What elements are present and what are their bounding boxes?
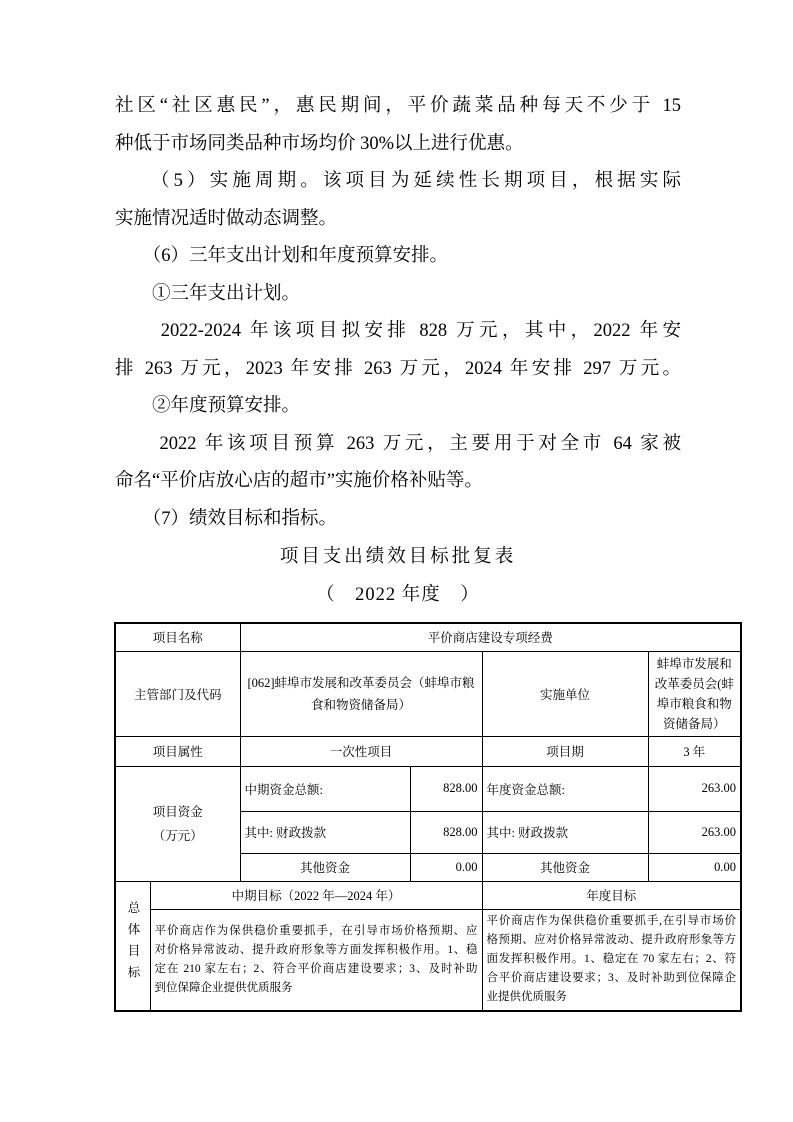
table-row: 平价商店作为保供稳价重要抓手，在引导市场价格预期、应对价格异常波动、提升政府形象… bbox=[115, 909, 741, 1011]
mid-total-label: 中期资金总额: bbox=[240, 766, 410, 811]
goal-line: 面发挥积极作用。1、稳定在 70 家左右；2、符 bbox=[487, 950, 737, 969]
table-row: 总体目标 中期目标（2022 年—2024 年） 年度目标 bbox=[115, 881, 741, 909]
mid-fiscal-value: 828.00 bbox=[410, 811, 482, 853]
body-line: （6）三年支出计划和年度预算安排。 bbox=[115, 238, 681, 276]
body-line: ①三年支出计划。 bbox=[115, 276, 681, 314]
goal-line: 到位保障企业提供优质服务 bbox=[155, 979, 478, 998]
table-row: 主管部门及代码 [062]蚌埠市发展和改革委员会（蚌埠市粮 食和物资储备局） 实… bbox=[115, 651, 741, 736]
annual-other-label: 其他资金 bbox=[482, 853, 648, 881]
body-line: 种低于市场同类品种市场均价 30%以上进行优惠。 bbox=[115, 126, 681, 164]
goal-line: 合平价商店建设要求；3、及时补助到位保障企 bbox=[487, 969, 737, 988]
goal-line: 格预期、应对价格异常波动、提升政府形象等方 bbox=[487, 931, 737, 950]
goal-line: 对价格异常波动、提升政府形象等方面发挥积极作用。1、稳 bbox=[155, 941, 478, 960]
body-line: 社区“社区惠民”，惠民期间，平价蔬菜品种每天不少于 15 bbox=[115, 88, 681, 126]
table-subtitle: （ 2022 年度 ） bbox=[115, 576, 681, 614]
body-line: 2022 年该项目预算 263 万元，主要用于对全市 64 家被 bbox=[115, 426, 681, 464]
annual-total-value: 263.00 bbox=[648, 766, 741, 811]
period-label: 项目期 bbox=[482, 736, 648, 766]
body-line: 排 263 万元，2023 年安排 263 万元，2024 年安排 297 万元… bbox=[115, 351, 681, 389]
goal-line: 业提供优质服务 bbox=[487, 988, 737, 1007]
body-line: （7）绩效目标和指标。 bbox=[115, 501, 681, 539]
body-line: 2022-2024 年该项目拟安排 828 万元，其中，2022 年安 bbox=[115, 313, 681, 351]
table-row: 项目资金 （万元） 中期资金总额: 828.00 年度资金总额: 263.00 bbox=[115, 766, 741, 811]
period-value: 3 年 bbox=[648, 736, 741, 766]
body-line: ②年度预算安排。 bbox=[115, 388, 681, 426]
annual-other-value: 0.00 bbox=[648, 853, 741, 881]
fund-label: 项目资金 （万元） bbox=[115, 766, 240, 881]
performance-target-table: 项目名称 平价商店建设专项经费 主管部门及代码 [062]蚌埠市发展和改革委员会… bbox=[114, 622, 742, 1012]
goal-line: 平价商店作为保供稳价重要抓手，在引导市场价格预期、应 bbox=[155, 922, 478, 941]
mid-goal-header: 中期目标（2022 年—2024 年） bbox=[150, 881, 482, 909]
attr-label: 项目属性 bbox=[115, 736, 240, 766]
overall-goal-label: 总体目标 bbox=[127, 901, 140, 987]
goal-line: 平价商店作为保供稳价重要抓手,在引导市场价 bbox=[487, 912, 737, 931]
annual-goal-text: 平价商店作为保供稳价重要抓手,在引导市场价格预期、应对价格异常波动、提升政府形象… bbox=[482, 909, 741, 1011]
mid-fiscal-label: 其中: 财政拨款 bbox=[240, 811, 410, 853]
project-name-label: 项目名称 bbox=[115, 623, 240, 651]
document-page: 社区“社区惠民”，惠民期间，平价蔬菜品种每天不少于 15种低于市场同类品种市场均… bbox=[0, 0, 793, 1122]
mid-total-value: 828.00 bbox=[410, 766, 482, 811]
overall-goal-label-cell: 总体目标 bbox=[115, 881, 150, 1011]
project-name-value: 平价商店建设专项经费 bbox=[240, 623, 741, 651]
table-row: 项目名称 平价商店建设专项经费 bbox=[115, 623, 741, 651]
mid-goal-text: 平价商店作为保供稳价重要抓手，在引导市场价格预期、应对价格异常波动、提升政府形象… bbox=[150, 909, 482, 1011]
body-line: （5）实施周期。该项目为延续性长期项目，根据实际 bbox=[115, 163, 681, 201]
impl-unit-value: 蚌埠市发展和 改革委员会(蚌 埠市粮食和物 资储备局） bbox=[648, 651, 741, 736]
attr-value: 一次性项目 bbox=[240, 736, 482, 766]
dept-value: [062]蚌埠市发展和改革委员会（蚌埠市粮 食和物资储备局） bbox=[240, 651, 482, 736]
annual-fiscal-value: 263.00 bbox=[648, 811, 741, 853]
annual-fiscal-label: 其中: 财政拨款 bbox=[482, 811, 648, 853]
mid-other-value: 0.00 bbox=[410, 853, 482, 881]
body-text: 社区“社区惠民”，惠民期间，平价蔬菜品种每天不少于 15种低于市场同类品种市场均… bbox=[115, 88, 681, 538]
annual-goal-header: 年度目标 bbox=[482, 881, 741, 909]
annual-total-label: 年度资金总额: bbox=[482, 766, 648, 811]
body-line: 命名“平价店放心店的超市”实施价格补贴等。 bbox=[115, 463, 681, 501]
body-line: 实施情况适时做动态调整。 bbox=[115, 201, 681, 239]
dept-label: 主管部门及代码 bbox=[115, 651, 240, 736]
goal-line: 定在 210 家左右；2、符合平价商店建设要求；3、及时补助 bbox=[155, 960, 478, 979]
table-title: 项目支出绩效目标批复表 bbox=[115, 538, 681, 576]
mid-other-label: 其他资金 bbox=[240, 853, 410, 881]
table-row: 项目属性 一次性项目 项目期 3 年 bbox=[115, 736, 741, 766]
impl-unit-label: 实施单位 bbox=[482, 651, 648, 736]
